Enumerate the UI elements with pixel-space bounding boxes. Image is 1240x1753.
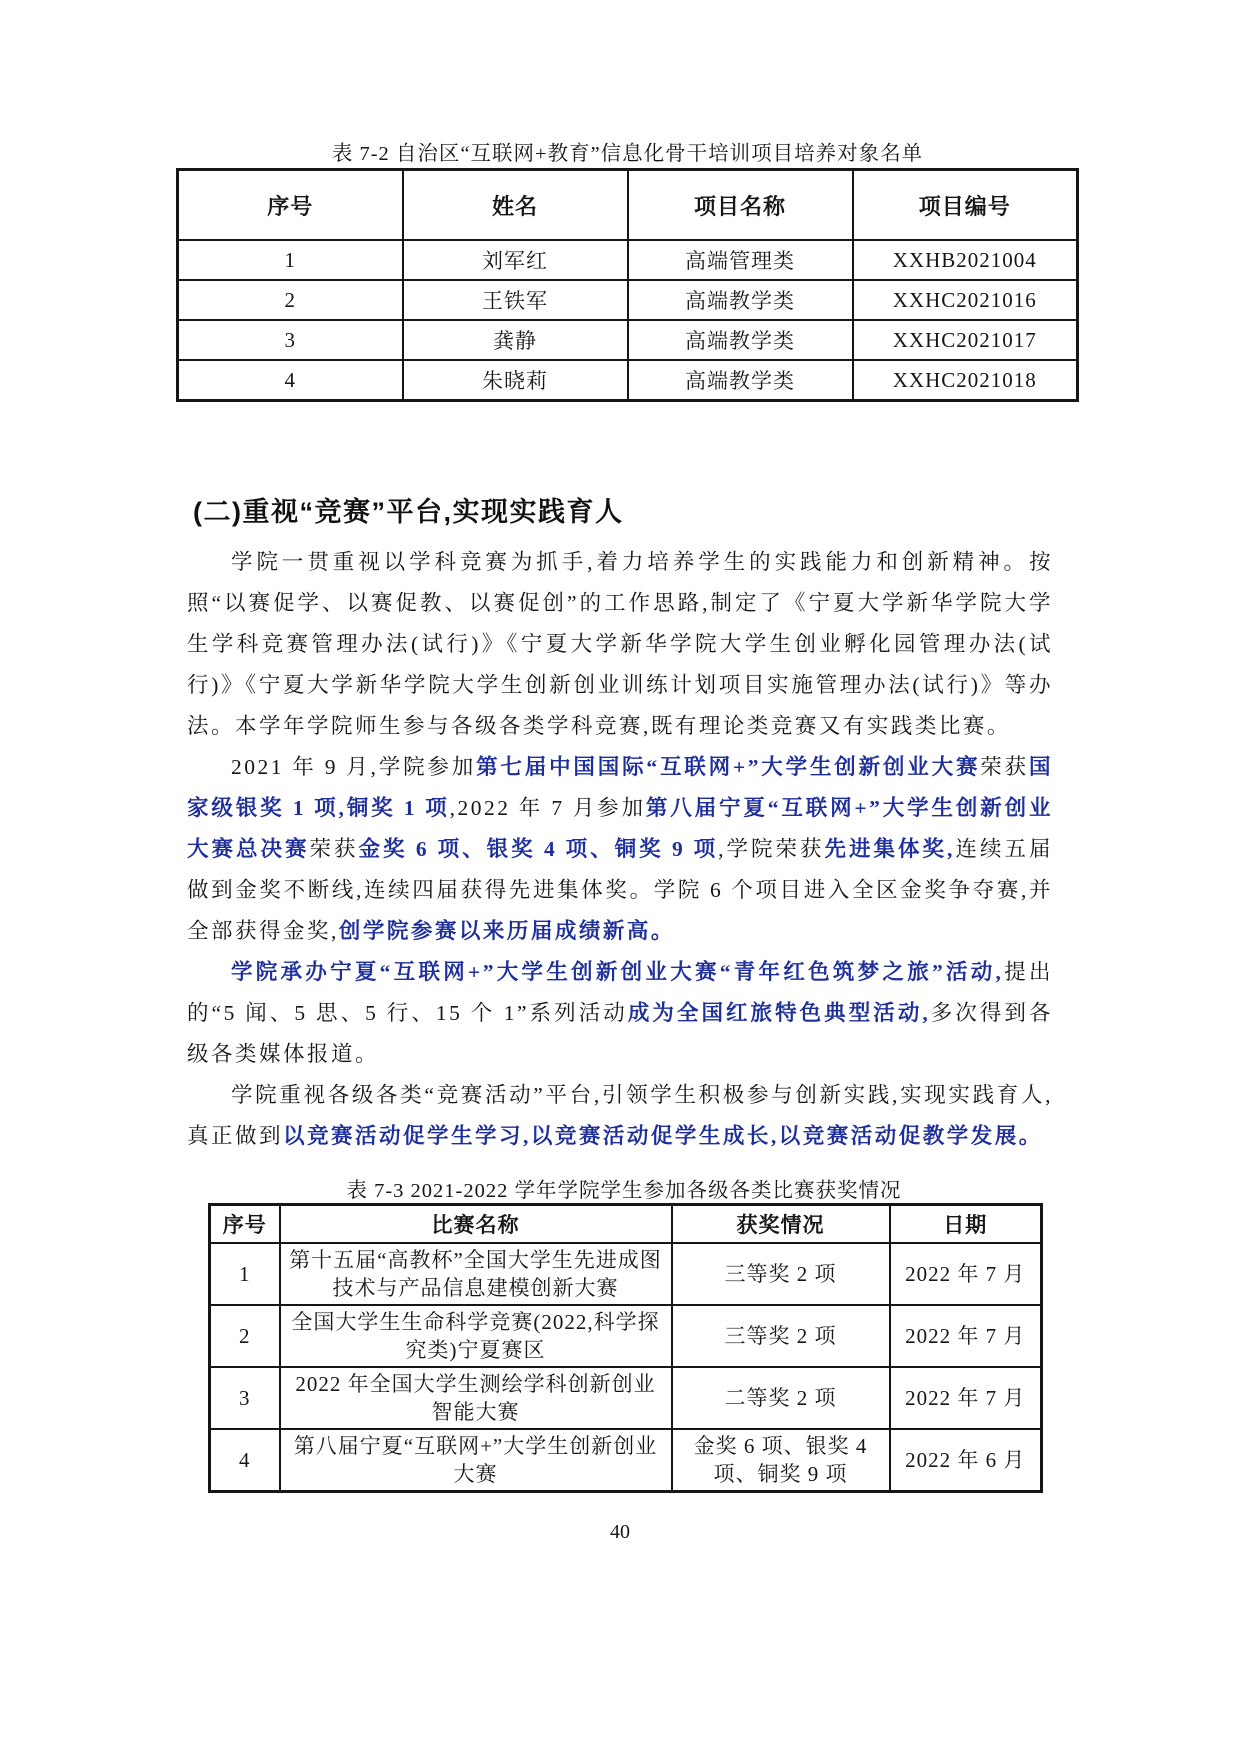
table-cell: 2022 年 6 月: [890, 1429, 1042, 1492]
table-cell: 金奖 6 项、银奖 4 项、铜奖 9 项: [672, 1429, 890, 1492]
table-7-2-header-row: 序号姓名项目名称项目编号: [178, 170, 1078, 241]
body-text: ,学院荣获: [718, 837, 824, 861]
column-header: 序号: [210, 1205, 280, 1244]
column-header: 序号: [178, 170, 403, 241]
table-cell: 1: [178, 240, 403, 280]
table-cell: XXHC2021018: [853, 360, 1078, 401]
table-cell: 1: [210, 1243, 280, 1305]
table-row: 4朱晓莉高端教学类XXHC2021018: [178, 360, 1078, 401]
table-cell: 龚静: [403, 320, 628, 360]
table-row: 2全国大学生生命科学竞赛(2022,科学探究类)宁夏赛区三等奖 2 项2022 …: [210, 1305, 1042, 1367]
paragraph: 2021 年 9 月,学院参加第七届中国国际“互联网+”大学生创新创业大赛荣获国…: [187, 747, 1053, 952]
paragraph: 学院承办宁夏“互联网+”大学生创新创业大赛“青年红色筑梦之旅”活动,提出的“5 …: [187, 952, 1053, 1075]
table-cell: 刘军红: [403, 240, 628, 280]
table-cell: 朱晓莉: [403, 360, 628, 401]
table-cell: 三等奖 2 项: [672, 1305, 890, 1367]
table-cell: 2022 年 7 月: [890, 1243, 1042, 1305]
paragraph: 学院重视各级各类“竞赛活动”平台,引领学生积极参与创新实践,实现实践育人,真正做…: [187, 1075, 1053, 1157]
table-cell: 三等奖 2 项: [672, 1243, 890, 1305]
emphasis-text: 第七届中国国际“互联网+”大学生创新创业大赛: [476, 755, 980, 779]
table-cell: 2022 年全国大学生测绘学科创新创业智能大赛: [280, 1367, 672, 1429]
table-row: 4第八届宁夏“互联网+”大学生创新创业大赛金奖 6 项、银奖 4 项、铜奖 9 …: [210, 1429, 1042, 1492]
table-cell: 高端教学类: [628, 320, 853, 360]
table-cell: 王铁军: [403, 280, 628, 320]
table-7-3-header-row: 序号比赛名称获奖情况日期: [210, 1205, 1042, 1244]
table-row: 1第十五届“高教杯”全国大学生先进成图技术与产品信息建模创新大赛三等奖 2 项2…: [210, 1243, 1042, 1305]
table-cell: 2022 年 7 月: [890, 1305, 1042, 1367]
table-cell: XXHC2021016: [853, 280, 1078, 320]
body-paragraphs: 学院一贯重视以学科竞赛为抓手,着力培养学生的实践能力和创新精神。按照“以赛促学、…: [187, 542, 1053, 1157]
table-7-2-section: 表 7-2 自治区“互联网+教育”信息化骨干培训项目培养对象名单 序号姓名项目名…: [176, 142, 1079, 402]
emphasis-text: 金奖 6 项、银奖 4 项、铜奖 9 项: [359, 837, 719, 861]
emphasis-text: 成为全国红旅特色典型活动,: [628, 1001, 930, 1025]
table-row: 32022 年全国大学生测绘学科创新创业智能大赛二等奖 2 项2022 年 7 …: [210, 1367, 1042, 1429]
column-header: 项目编号: [853, 170, 1078, 241]
table-row: 1刘军红高端管理类XXHB2021004: [178, 240, 1078, 280]
table-cell: 高端教学类: [628, 280, 853, 320]
body-text: ,2022 年 7 月参加: [450, 796, 646, 820]
table-row: 3龚静高端教学类XXHC2021017: [178, 320, 1078, 360]
body-text: 荣获: [310, 837, 359, 861]
body-text: 2021 年 9 月,学院参加: [231, 755, 476, 779]
table-7-3: 序号比赛名称获奖情况日期 1第十五届“高教杯”全国大学生先进成图技术与产品信息建…: [208, 1203, 1043, 1493]
column-header: 获奖情况: [672, 1205, 890, 1244]
body-text: 荣获: [980, 755, 1029, 779]
table-7-2-caption: 表 7-2 自治区“互联网+教育”信息化骨干培训项目培养对象名单: [176, 142, 1079, 166]
table-row: 2王铁军高端教学类XXHC2021016: [178, 280, 1078, 320]
column-header: 项目名称: [628, 170, 853, 241]
body-text: 学院一贯重视以学科竞赛为抓手,着力培养学生的实践能力和创新精神。按照“以赛促学、…: [187, 550, 1053, 738]
column-header: 日期: [890, 1205, 1042, 1244]
table-cell: 4: [178, 360, 403, 401]
table-cell: XXHC2021017: [853, 320, 1078, 360]
table-cell: XXHB2021004: [853, 240, 1078, 280]
paragraph: 学院一贯重视以学科竞赛为抓手,着力培养学生的实践能力和创新精神。按照“以赛促学、…: [187, 542, 1053, 747]
table-cell: 高端管理类: [628, 240, 853, 280]
table-cell: 第十五届“高教杯”全国大学生先进成图技术与产品信息建模创新大赛: [280, 1243, 672, 1305]
document-page: 表 7-2 自治区“互联网+教育”信息化骨干培训项目培养对象名单 序号姓名项目名…: [0, 0, 1240, 1753]
table-cell: 3: [178, 320, 403, 360]
column-header: 姓名: [403, 170, 628, 241]
emphasis-text: 先进集体奖,: [825, 837, 955, 861]
table-cell: 2022 年 7 月: [890, 1367, 1042, 1429]
table-cell: 2: [210, 1305, 280, 1367]
table-7-3-section: 表 7-3 2021-2022 学年学院学生参加各级各类比赛获奖情况 序号比赛名…: [208, 1179, 1040, 1493]
table-cell: 4: [210, 1429, 280, 1492]
emphasis-text: 创学院参赛以来历届成绩新高。: [339, 919, 675, 943]
table-cell: 2: [178, 280, 403, 320]
table-cell: 二等奖 2 项: [672, 1367, 890, 1429]
table-cell: 第八届宁夏“互联网+”大学生创新创业大赛: [280, 1429, 672, 1492]
table-7-3-caption: 表 7-3 2021-2022 学年学院学生参加各级各类比赛获奖情况: [208, 1179, 1040, 1203]
table-cell: 3: [210, 1367, 280, 1429]
column-header: 比赛名称: [280, 1205, 672, 1244]
table-cell: 全国大学生生命科学竞赛(2022,科学探究类)宁夏赛区: [280, 1305, 672, 1367]
section-heading: (二)重视“竞赛”平台,实现实践育人: [193, 494, 1240, 530]
table-cell: 高端教学类: [628, 360, 853, 401]
table-7-2: 序号姓名项目名称项目编号 1刘军红高端管理类XXHB20210042王铁军高端教…: [176, 168, 1079, 402]
emphasis-text: 学院承办宁夏“互联网+”大学生创新创业大赛“青年红色筑梦之旅”活动,: [231, 960, 1003, 984]
emphasis-text: 以竞赛活动促学生学习,以竞赛活动促学生成长,以竞赛活动促教学发展。: [283, 1124, 1043, 1148]
page-number: 40: [0, 1521, 1240, 1544]
